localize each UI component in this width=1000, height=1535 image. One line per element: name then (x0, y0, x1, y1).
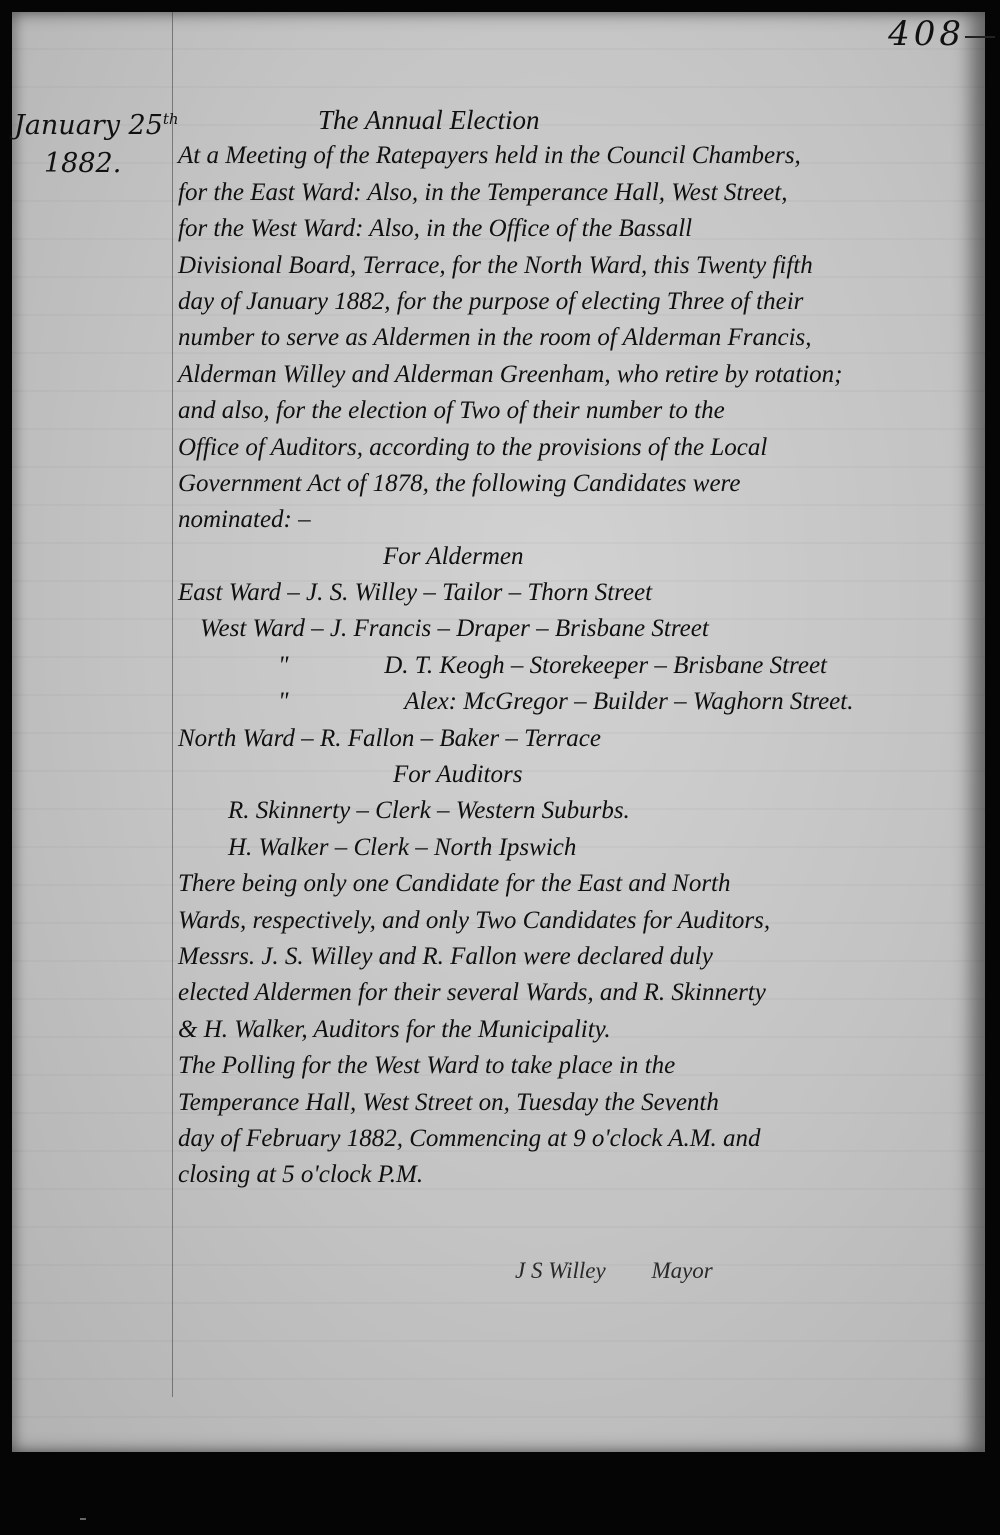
text-line: closing at 5 o'clock P.M. (178, 1157, 978, 1193)
signature-title: Mayor (651, 1258, 712, 1283)
candidate-row: East Ward – J. S. Willey – Tailor – Thor… (178, 575, 978, 611)
text-line: elected Aldermen for their several Wards… (178, 975, 978, 1011)
text-line: for the West Ward: Also, in the Office o… (178, 211, 978, 247)
polling-notice: The Polling for the West Ward to take pl… (178, 1048, 978, 1194)
text-line: & H. Walker, Auditors for the Municipali… (178, 1012, 978, 1048)
text-line: There being only one Candidate for the E… (178, 866, 978, 902)
candidate-entry: J. Francis – Draper – Brisbane Street (330, 615, 709, 642)
text-line: nominated: – (178, 502, 978, 538)
ward-label: West Ward – (200, 615, 324, 642)
margin-date-year: 1882. (14, 145, 179, 183)
text-line: Messrs. J. S. Willey and R. Fallon were … (178, 939, 978, 975)
auditor-row: R. Skinnerty – Clerk – Western Suburbs. (178, 793, 978, 829)
scan-artifact (80, 1518, 86, 1520)
candidate-row: North Ward – R. Fallon – Baker – Terrace (178, 721, 978, 757)
margin-date: January 25th 1882. (14, 100, 179, 183)
candidate-row: " Alex: McGregor – Builder – Waghorn Str… (178, 684, 978, 720)
candidate-row: West Ward – J. Francis – Draper – Brisba… (178, 611, 978, 647)
text-line: Alderman Willey and Alderman Greenham, w… (178, 357, 978, 393)
ditto-mark: " (178, 684, 378, 720)
text-line: Divisional Board, Terrace, for the North… (178, 248, 978, 284)
text-line: day of January 1882, for the purpose of … (178, 284, 978, 320)
candidate-entry: Alex: McGregor – Builder – Waghorn Stree… (384, 688, 853, 715)
candidate-entry: J. S. Willey – Tailor – Thorn Street (306, 579, 652, 606)
text-line: The Polling for the West Ward to take pl… (178, 1048, 978, 1084)
election-result: There being only one Candidate for the E… (178, 866, 978, 1048)
candidate-row: " D. T. Keogh – Storekeeper – Brisbane S… (178, 648, 978, 684)
text-line: Wards, respectively, and only Two Candid… (178, 903, 978, 939)
text-line: Temperance Hall, West Street on, Tuesday… (178, 1085, 978, 1121)
text-line: day of February 1882, Commencing at 9 o'… (178, 1121, 978, 1157)
auditors-heading: For Auditors (178, 757, 978, 793)
candidate-entry: R. Fallon – Baker – Terrace (320, 725, 601, 752)
page-title: The Annual Election (178, 102, 978, 138)
text-line: Government Act of 1878, the following Ca… (178, 466, 978, 502)
auditor-row: H. Walker – Clerk – North Ipswich (178, 830, 978, 866)
text-line: At a Meeting of the Ratepayers held in t… (178, 138, 978, 174)
text-line: number to serve as Aldermen in the room … (178, 320, 978, 356)
text-line: Office of Auditors, according to the pro… (178, 430, 978, 466)
signature-name: J S Willey (515, 1258, 606, 1283)
ward-label: East Ward – (178, 579, 300, 606)
aldermen-candidates: East Ward – J. S. Willey – Tailor – Thor… (178, 575, 978, 757)
margin-date-month-day: January 25 (14, 110, 163, 141)
text-line: and also, for the election of Two of the… (178, 393, 978, 429)
mayor-signature: J S Willey Mayor (515, 1258, 753, 1284)
ward-label: North Ward – (178, 725, 314, 752)
preamble: At a Meeting of the Ratepayers held in t… (178, 138, 978, 538)
page-number: 408 (888, 14, 965, 54)
margin-rule (172, 12, 173, 1397)
aldermen-heading: For Aldermen (178, 539, 978, 575)
ditto-mark: " (178, 648, 378, 684)
text-line: for the East Ward: Also, in the Temperan… (178, 175, 978, 211)
candidate-entry: D. T. Keogh – Storekeeper – Brisbane Str… (384, 652, 827, 679)
margin-date-suffix: th (163, 110, 179, 128)
auditor-candidates: R. Skinnerty – Clerk – Western Suburbs. … (178, 793, 978, 866)
minutes-body: The Annual Election At a Meeting of the … (178, 102, 978, 1194)
